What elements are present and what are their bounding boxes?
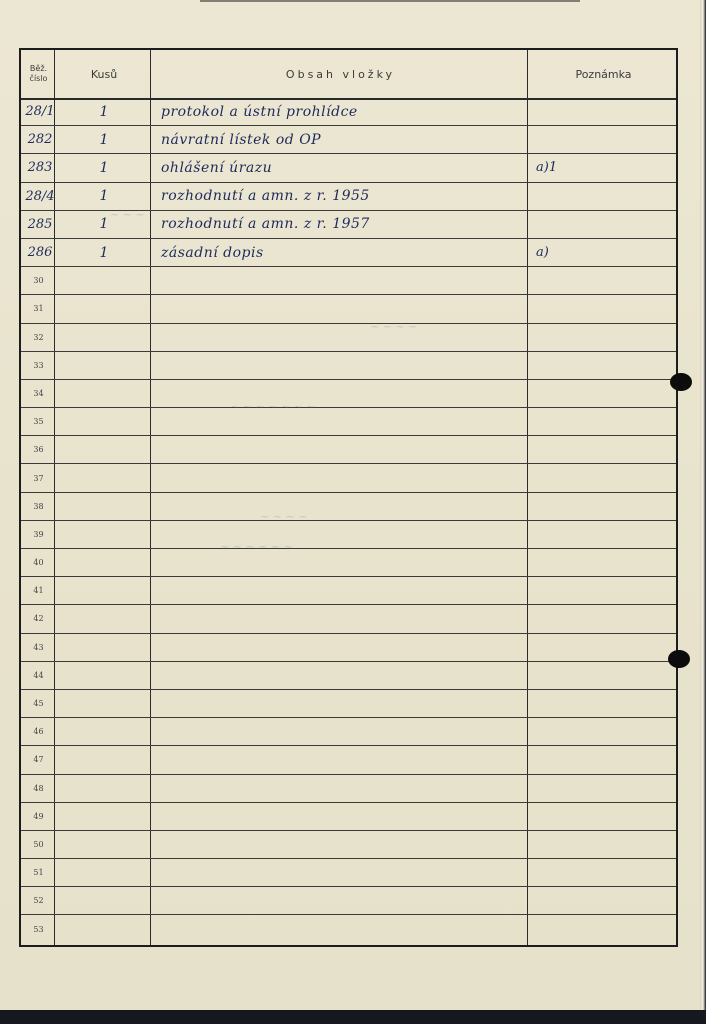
faint-bleed-through: ~ ~ ~ (110, 208, 145, 221)
table-row: 28/11protokol a ústní prohlídce (21, 98, 676, 126)
row-number-handwritten: 286 (25, 239, 55, 266)
table-row: 40 (21, 549, 676, 577)
row-number: 40 (21, 549, 56, 576)
row-number: 33 (21, 352, 56, 379)
table-row: 50 (21, 831, 676, 859)
row-number-handwritten: 283 (25, 154, 55, 181)
row-number-handwritten: 28/1 (25, 98, 55, 125)
row-number: 44 (21, 662, 56, 689)
row-number: 51 (21, 859, 56, 886)
table-row: 45 (21, 690, 676, 718)
row-note (536, 211, 666, 238)
punch-hole (668, 650, 690, 668)
faint-bleed-through: ~ ~ ~ ~ ~ ~ ~ (230, 400, 316, 413)
row-number: 48 (21, 775, 56, 802)
row-number: 45 (21, 690, 56, 717)
table-row: 51 (21, 859, 676, 887)
row-pieces: 1 (56, 183, 152, 210)
table-header: Běž. číslo Kusů Obsah vložky Poznámka (21, 50, 676, 100)
row-pieces: 1 (56, 239, 152, 266)
row-number: 42 (21, 605, 56, 632)
header-contents: Obsah vložky (152, 50, 529, 98)
row-contents: rozhodnutí a amn. z r. 1957 (161, 211, 521, 238)
row-contents: zásadní dopis (161, 239, 521, 266)
row-pieces: 1 (56, 154, 152, 181)
row-number: 50 (21, 831, 56, 858)
row-contents: protokol a ústní prohlídce (161, 98, 521, 125)
row-note (536, 183, 666, 210)
row-pieces: 1 (56, 98, 152, 125)
faint-bleed-through: ~ ~ ~ ~ (260, 510, 307, 523)
row-number: 38 (21, 493, 56, 520)
table-row: 37 (21, 464, 676, 492)
punch-hole (670, 373, 692, 391)
row-number: 43 (21, 634, 56, 661)
row-number: 46 (21, 718, 56, 745)
row-number: 35 (21, 408, 56, 435)
header-note: Poznámka (529, 50, 678, 98)
row-number: 41 (21, 577, 56, 604)
row-contents: rozhodnutí a amn. z r. 1955 (161, 183, 521, 210)
header-pieces: Kusů (56, 50, 152, 98)
table-row: 32 (21, 324, 676, 352)
table-row: 30 (21, 267, 676, 295)
table-row: 47 (21, 746, 676, 774)
table-row: 2821návratní lístek od OP (21, 126, 676, 154)
table-row: 42 (21, 605, 676, 633)
table-row: 35 (21, 408, 676, 436)
row-number: 49 (21, 803, 56, 830)
row-contents: návratní lístek od OP (161, 126, 521, 153)
table-row: 52 (21, 887, 676, 915)
table-row: 31 (21, 295, 676, 323)
scan-top-edge (200, 0, 580, 2)
row-number: 53 (21, 915, 56, 943)
register-table: Běž. číslo Kusů Obsah vložky Poznámka 28… (19, 48, 678, 947)
row-number-handwritten: 282 (25, 126, 55, 153)
table-row: 28/41rozhodnutí a amn. z r. 1955 (21, 183, 676, 211)
header-number: Běž. číslo (21, 50, 56, 98)
row-note (536, 98, 666, 125)
row-number: 34 (21, 380, 56, 407)
table-row: 44 (21, 662, 676, 690)
row-number-handwritten: 28/4 (25, 183, 55, 210)
header-number-line2: číslo (30, 74, 48, 84)
row-number: 31 (21, 295, 56, 322)
table-row: 38 (21, 493, 676, 521)
table-row: 2861zásadní dopisa) (21, 239, 676, 267)
row-note (536, 126, 666, 153)
row-note: a) (536, 239, 666, 266)
row-number: 47 (21, 746, 56, 773)
row-number: 32 (21, 324, 56, 351)
table-body: 28/11protokol a ústní prohlídce2821návra… (21, 98, 676, 945)
row-number: 52 (21, 887, 56, 914)
table-row: 36 (21, 436, 676, 464)
table-row: 46 (21, 718, 676, 746)
table-row: 41 (21, 577, 676, 605)
table-row: 49 (21, 803, 676, 831)
row-number-handwritten: 285 (25, 211, 55, 238)
table-row: 53 (21, 915, 676, 943)
table-row: 33 (21, 352, 676, 380)
row-number: 39 (21, 521, 56, 548)
scan-right-edge (700, 0, 706, 1024)
faint-bleed-through: ~ ~ ~ ~ ~ ~ (220, 540, 293, 553)
row-number: 36 (21, 436, 56, 463)
table-row: 34 (21, 380, 676, 408)
header-number-line1: Běž. (30, 64, 48, 74)
row-number: 37 (21, 464, 56, 491)
table-row: 48 (21, 775, 676, 803)
table-row: 43 (21, 634, 676, 662)
row-number: 30 (21, 267, 56, 294)
row-note: a)1 (536, 154, 666, 181)
row-contents: ohlášení úrazu (161, 154, 521, 181)
table-row: 39 (21, 521, 676, 549)
table-row: 2831ohlášení úrazua)1 (21, 154, 676, 182)
faint-bleed-through: ~ ~ ~ ~ (370, 320, 417, 333)
scan-bottom-edge (0, 1010, 706, 1024)
row-pieces: 1 (56, 126, 152, 153)
